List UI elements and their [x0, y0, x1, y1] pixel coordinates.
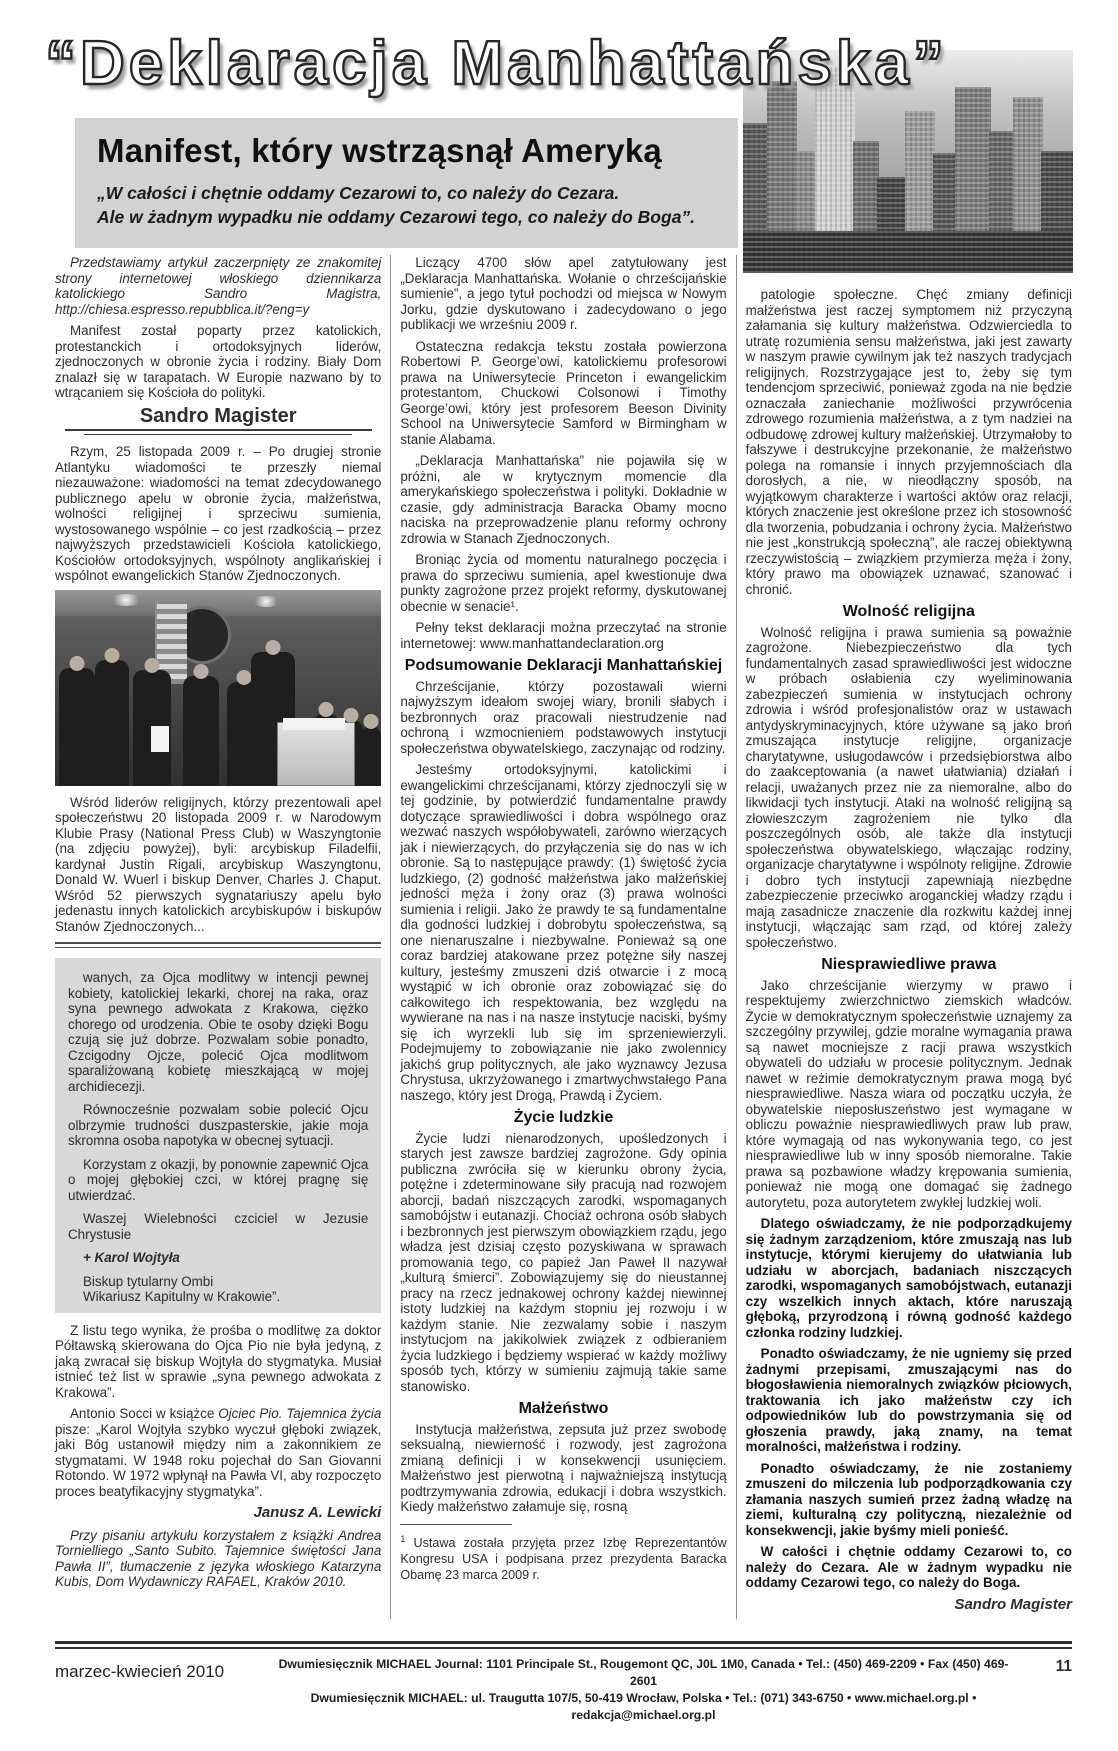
paragraph: Ostateczna redakcja tekstu została powie…: [400, 339, 726, 448]
paragraph: „Deklaracja Manhattańska” nie pojawiła s…: [400, 453, 726, 546]
declaration-paragraph: Ponadto oświadczamy, że nie ugniemy się …: [746, 1346, 1072, 1455]
section-heading-marriage: Małżeństwo: [400, 1401, 726, 1417]
paragraph: Chrześcijanie, którzy pozostawali wierni…: [400, 679, 726, 757]
column-3: patologie społeczne. Chęć zmiany definic…: [736, 255, 1072, 1619]
press-conference-photo: [55, 590, 381, 786]
paragraph: patologie społeczne. Chęć zmiany definic…: [746, 287, 1072, 597]
text-run: Antonio Socci w książce: [70, 1406, 218, 1421]
source-note: Przy pisaniu artykułu korzystałem z ksią…: [55, 1528, 381, 1590]
publisher-line-1: Dwumiesięcznik MICHAEL Journal: 1101 Pri…: [270, 1656, 1017, 1690]
letter-paragraph: Równocześnie pozwalam sobie polecić Ojcu…: [68, 1102, 368, 1149]
letter-signature: + Karol Wojtyła: [68, 1250, 368, 1266]
letter-signer-title: Biskup tytularny Ombi: [68, 1274, 368, 1290]
paragraph: Instytucja małżeństwa, zepsuta już przez…: [400, 1422, 726, 1515]
issue-date: marzec-kwiecień 2010: [55, 1656, 270, 1682]
column-2: Liczący 4700 słów apel zatytułowany jest…: [390, 255, 726, 1619]
section-heading-human-life: Życie ludzkie: [400, 1110, 726, 1126]
paragraph: Rzym, 25 listopada 2009 r. – Po drugiej …: [55, 444, 381, 584]
wojtyla-letter-panel: wanych, za Ojca modlitwy w intencji pewn…: [55, 958, 381, 1313]
page-title: “Deklaracja Manhattańska”: [45, 28, 948, 99]
paragraph: Liczący 4700 słów apel zatytułowany jest…: [400, 255, 726, 333]
paragraph: Z listu tego wynika, że prośba o modlitw…: [55, 1323, 381, 1401]
paragraph: Broniąc życia od momentu naturalnego poc…: [400, 552, 726, 614]
publisher-info: Dwumiesięcznik MICHAEL Journal: 1101 Pri…: [270, 1656, 1017, 1724]
section-heading-summary: Podsumowanie Deklaracji Manhattańskiej: [400, 658, 726, 674]
author-byline: Sandro Magister: [746, 1597, 1072, 1613]
text-run: pisze: „Karol Wojtyła szybko wyczuł głęb…: [55, 1422, 381, 1499]
footnote-text: Ustawa została przyjęta przez Izbę Repre…: [400, 1536, 726, 1582]
paragraph: Antonio Socci w książce Ojciec Pio. Taje…: [55, 1406, 381, 1499]
letter-paragraph: Korzystam z okazji, by ponownie zapewnić…: [68, 1157, 368, 1204]
letter-valediction: Waszej Wielebności czciciel w Jezusie Ch…: [68, 1211, 368, 1242]
declaration-paragraph: W całości i chętnie oddamy Cezarowi to, …: [746, 1544, 1072, 1591]
newspaper-page: “Deklaracja Manhattańska” Manifest, któr…: [0, 0, 1118, 1751]
footnote: 1 Ustawa została przyjęta przez Izbę Rep…: [400, 1531, 726, 1583]
declaration-paragraph: Dlatego oświadczamy, że nie podporządkuj…: [746, 1216, 1072, 1340]
article-body: Przedstawiamy artykuł zaczerpnięty ze zn…: [55, 255, 1072, 1619]
intro-paragraph: Przedstawiamy artykuł zaczerpnięty ze zn…: [55, 255, 381, 317]
paragraph: Manifest został poparty przez katolickic…: [55, 323, 381, 401]
author-heading: Sandro Magister: [55, 409, 381, 425]
publisher-line-2: Dwumiesięcznik MICHAEL: ul. Traugutta 10…: [270, 1690, 1017, 1724]
headline-banner: Manifest, który wstrząsnął Ameryką „W ca…: [75, 118, 738, 248]
page-number: 11: [1017, 1656, 1072, 1676]
paragraph: Wolność religijna i prawa sumienia są po…: [746, 625, 1072, 951]
photo-caption: Wśród liderów religijnych, którzy prezen…: [55, 795, 381, 935]
page-footer: marzec-kwiecień 2010 Dwumiesięcznik MICH…: [55, 1656, 1072, 1724]
banner-quote-line-2: Ale w żadnym wypadku nie oddamy Cezarowi…: [97, 205, 738, 229]
paragraph: Jako chrześcijanie wierzymy w prawo i re…: [746, 978, 1072, 1211]
column-1: Przedstawiamy artykuł zaczerpnięty ze zn…: [55, 255, 381, 1619]
heading-rule-thick: [65, 429, 372, 431]
section-heading-religious-freedom: Wolność religijna: [746, 604, 1072, 620]
banner-quote-line-1: „W całości i chętnie oddamy Cezarowi to,…: [97, 181, 738, 205]
author-byline: Janusz A. Lewicki: [55, 1505, 381, 1521]
letter-paragraph: wanych, za Ojca modlitwy w intencji pewn…: [68, 970, 368, 1094]
declaration-paragraph: Ponadto oświadczamy, że nie zostaniemy z…: [746, 1461, 1072, 1539]
heading-rule-thin: [84, 434, 352, 435]
paragraph: Pełny tekst deklaracji można przeczytać …: [400, 620, 726, 651]
section-heading-unjust-laws: Niesprawiedliwe prawa: [746, 957, 1072, 973]
headline: Manifest, który wstrząsnął Ameryką: [97, 132, 738, 170]
book-title: Ojciec Pio. Tajemnica życia: [218, 1406, 381, 1421]
footer-rule: [55, 1641, 1072, 1649]
footnote-rule: [400, 1524, 512, 1525]
letter-signer-title: Wikariusz Kapitulny w Krakowie”.: [68, 1289, 368, 1305]
paragraph: Jesteśmy ortodoksyjnymi, katolickimi i e…: [400, 762, 726, 1103]
paragraph: Życie ludzi nienarodzonych, upośledzonyc…: [400, 1131, 726, 1395]
banner-quote: „W całości i chętnie oddamy Cezarowi to,…: [97, 181, 738, 229]
section-divider-rule: [55, 942, 381, 948]
